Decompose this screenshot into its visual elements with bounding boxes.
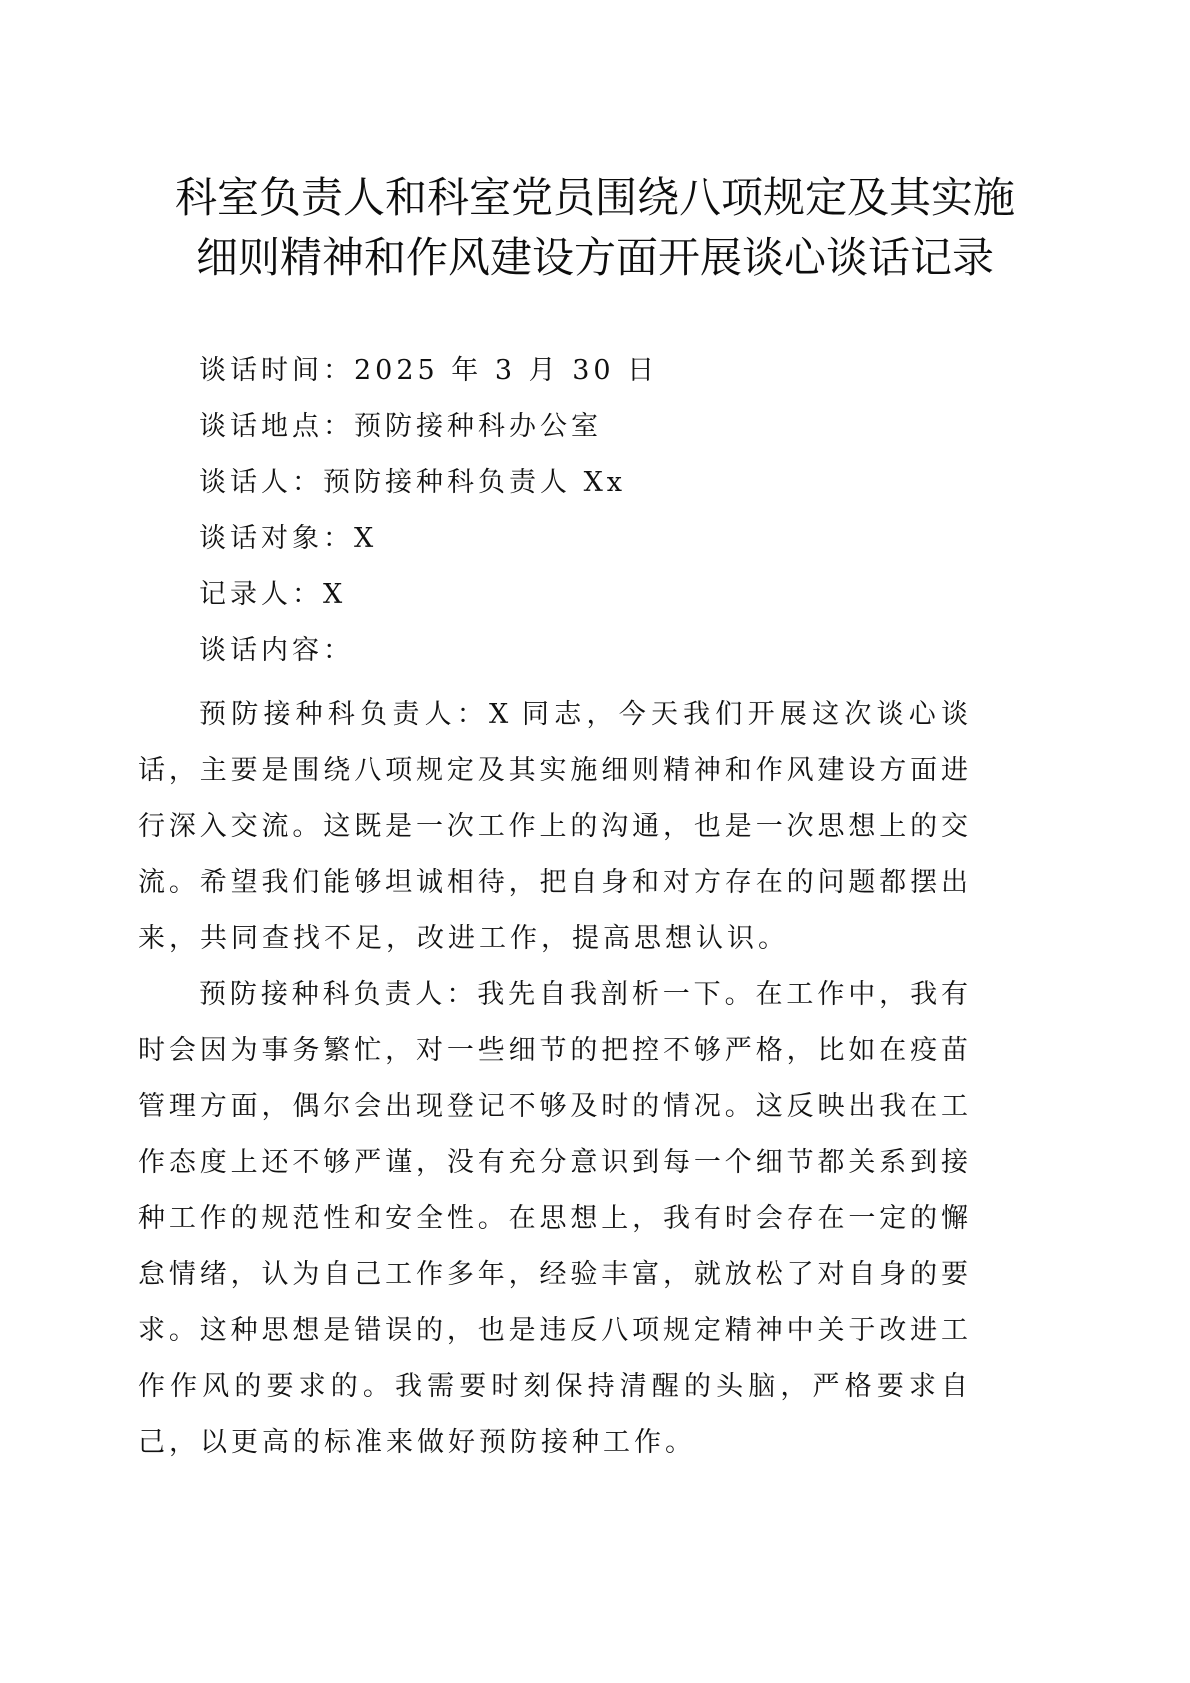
paragraph-line: 话，主要是围绕八项规定及其实施细则精神和作风建设方面进 [138, 753, 968, 809]
paragraph-1: 预防接种科负责人：X 同志，今天我们开展这次谈心谈 话，主要是围绕八项规定及其实… [138, 697, 968, 977]
paragraph-line: 怠情绪，认为自己工作多年，经验丰富，就放松了对自身的要 [138, 1257, 968, 1313]
meeting-info: 谈话时间：2025 年 3 月 30 日 谈话地点：预防接种科办公室 谈话人：预… [199, 353, 658, 689]
paragraph-line: 作态度上还不够严谨，没有充分意识到每一个细节都关系到接 [138, 1145, 968, 1201]
meeting-recorder: 记录人：X [199, 577, 658, 633]
paragraph-line: 来，共同查找不足，改进工作，提高思想认识。 [138, 921, 968, 977]
meeting-time: 谈话时间：2025 年 3 月 30 日 [199, 353, 658, 409]
paragraph-line: 求。这种思想是错误的，也是违反八项规定精神中关于改进工 [138, 1313, 968, 1369]
document-title: 科室负责人和科室党员围绕八项规定及其实施 细则精神和作风建设方面开展谈心谈话记录 [130, 168, 1060, 288]
paragraph-line: 管理方面，偶尔会出现登记不够及时的情况。这反映出我在工 [138, 1089, 968, 1145]
content-label: 谈话内容： [199, 633, 658, 689]
paragraph-2: 预防接种科负责人：我先自我剖析一下。在工作中，我有 时会因为事务繁忙，对一些细节… [138, 977, 968, 1481]
meeting-speaker: 谈话人：预防接种科负责人 Xx [199, 465, 658, 521]
paragraph-line: 流。希望我们能够坦诚相待，把自身和对方存在的问题都摆出 [138, 865, 968, 921]
paragraph-line: 作作风的要求的。我需要时刻保持清醒的头脑，严格要求自 [138, 1369, 968, 1425]
paragraph-line: 行深入交流。这既是一次工作上的沟通，也是一次思想上的交 [138, 809, 968, 865]
document-page: 科室负责人和科室党员围绕八项规定及其实施 细则精神和作风建设方面开展谈心谈话记录… [0, 0, 1190, 1683]
paragraph-line: 预防接种科负责人：X 同志，今天我们开展这次谈心谈 [138, 697, 968, 753]
meeting-target: 谈话对象：X [199, 521, 658, 577]
meeting-place: 谈话地点：预防接种科办公室 [199, 409, 658, 465]
document-body: 预防接种科负责人：X 同志，今天我们开展这次谈心谈 话，主要是围绕八项规定及其实… [138, 697, 968, 1481]
paragraph-line: 时会因为事务繁忙，对一些细节的把控不够严格，比如在疫苗 [138, 1033, 968, 1089]
paragraph-line: 己，以更高的标准来做好预防接种工作。 [138, 1425, 968, 1481]
title-line-1: 科室负责人和科室党员围绕八项规定及其实施 [130, 168, 1060, 228]
paragraph-line: 预防接种科负责人：我先自我剖析一下。在工作中，我有 [138, 977, 968, 1033]
title-line-2: 细则精神和作风建设方面开展谈心谈话记录 [130, 228, 1060, 288]
paragraph-line: 种工作的规范性和安全性。在思想上，我有时会存在一定的懈 [138, 1201, 968, 1257]
